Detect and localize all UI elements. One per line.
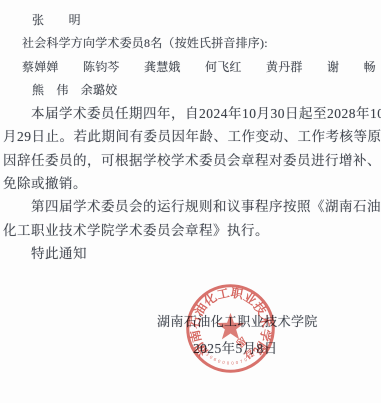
text-line-paragraph-1b: 月29日止。若此期间有委员因年龄、工作变动、工作考核等原 <box>3 125 381 148</box>
text-line-paragraph-1a: 本届学术委员任期四年，自2024年10月30日起至2028年10 <box>3 102 381 125</box>
text-line-name-continued: 张 明 <box>3 9 381 32</box>
official-seal: 湖南石油化工职业技术学院 4306000007092 留 存 <box>183 281 278 376</box>
text-line-paragraph-1c: 因辞任委员的，可根据学校学术委员会章程对委员进行增补、 <box>3 149 381 172</box>
text-line-paragraph-1d: 免除或撤销。 <box>3 172 381 195</box>
text-line-names-row-2: 熊 伟 余璐姣 <box>3 79 381 102</box>
document-page: 张 明 社会科学方向学术委员8名（按姓氏拼音排序): 蔡婵婵 陈钧芩 龚慧娥 何… <box>0 0 381 403</box>
text-line-closing: 特此通知 <box>3 242 381 265</box>
text-line-paragraph-2a: 第四届学术委员会的运行规则和议事程序按照《湖南石油 <box>3 195 381 218</box>
text-line-section-heading: 社会科学方向学术委员8名（按姓氏拼音排序): <box>3 32 381 55</box>
star-icon <box>217 313 245 340</box>
text-line-paragraph-2b: 化工职业技术学院学术委员会章程》执行。 <box>3 219 381 242</box>
text-line-names-row-1: 蔡婵婵 陈钧芩 龚慧娥 何飞红 黄丹群 谢 畅 <box>3 56 381 79</box>
document-body: 张 明 社会科学方向学术委员8名（按姓氏拼音排序): 蔡婵婵 陈钧芩 龚慧娥 何… <box>3 9 381 265</box>
